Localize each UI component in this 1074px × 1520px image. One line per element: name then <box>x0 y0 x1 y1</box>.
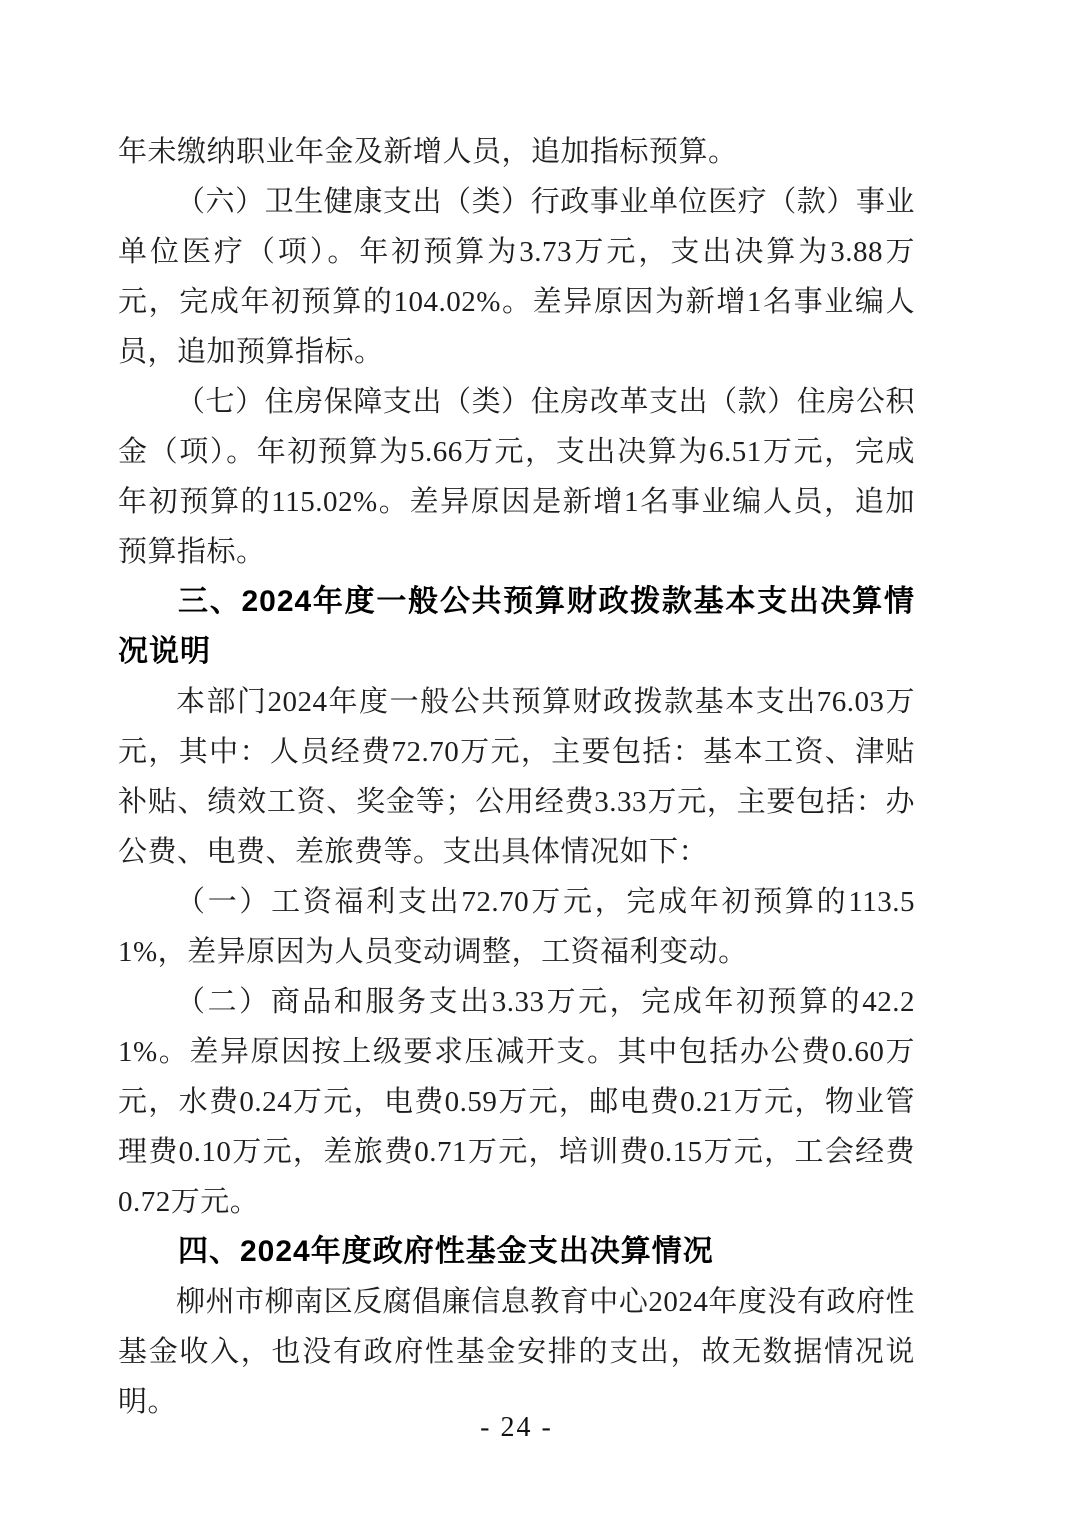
paragraph-basic-expenditure-overview: 本部门2024年度一般公共预算财政拨款基本支出76.03万元，其中：人员经费72… <box>118 677 915 877</box>
heading-section-four: 四、2024年度政府性基金支出决算情况 <box>118 1227 915 1277</box>
paragraph-item-six-health-expenditure: （六）卫生健康支出（类）行政事业单位医疗（款）事业单位医疗（项）。年初预算为3.… <box>118 177 915 377</box>
paragraph-gov-fund-statement: 柳州市柳南区反腐倡廉信息教育中心2024年度没有政府性基金收入，也没有政府性基金… <box>118 1277 915 1427</box>
paragraph-item-seven-housing-expenditure: （七）住房保障支出（类）住房改革支出（款）住房公积金（项）。年初预算为5.66万… <box>118 377 915 577</box>
paragraph-item-one-wages: （一）工资福利支出72.70万元，完成年初预算的113.51%，差异原因为人员变… <box>118 877 915 977</box>
heading-section-three: 三、2024年度一般公共预算财政拨款基本支出决算情况说明 <box>118 577 915 677</box>
page-number: - 24 - <box>118 1412 915 1444</box>
paragraph-carryover: 年未缴纳职业年金及新增人员，追加指标预算。 <box>118 127 915 177</box>
document-page: 年未缴纳职业年金及新增人员，追加指标预算。 （六）卫生健康支出（类）行政事业单位… <box>0 0 1074 1520</box>
paragraph-item-two-goods-services: （二）商品和服务支出3.33万元，完成年初预算的42.21%。差异原因按上级要求… <box>118 977 915 1227</box>
page-body: 年未缴纳职业年金及新增人员，追加指标预算。 （六）卫生健康支出（类）行政事业单位… <box>118 127 915 1427</box>
